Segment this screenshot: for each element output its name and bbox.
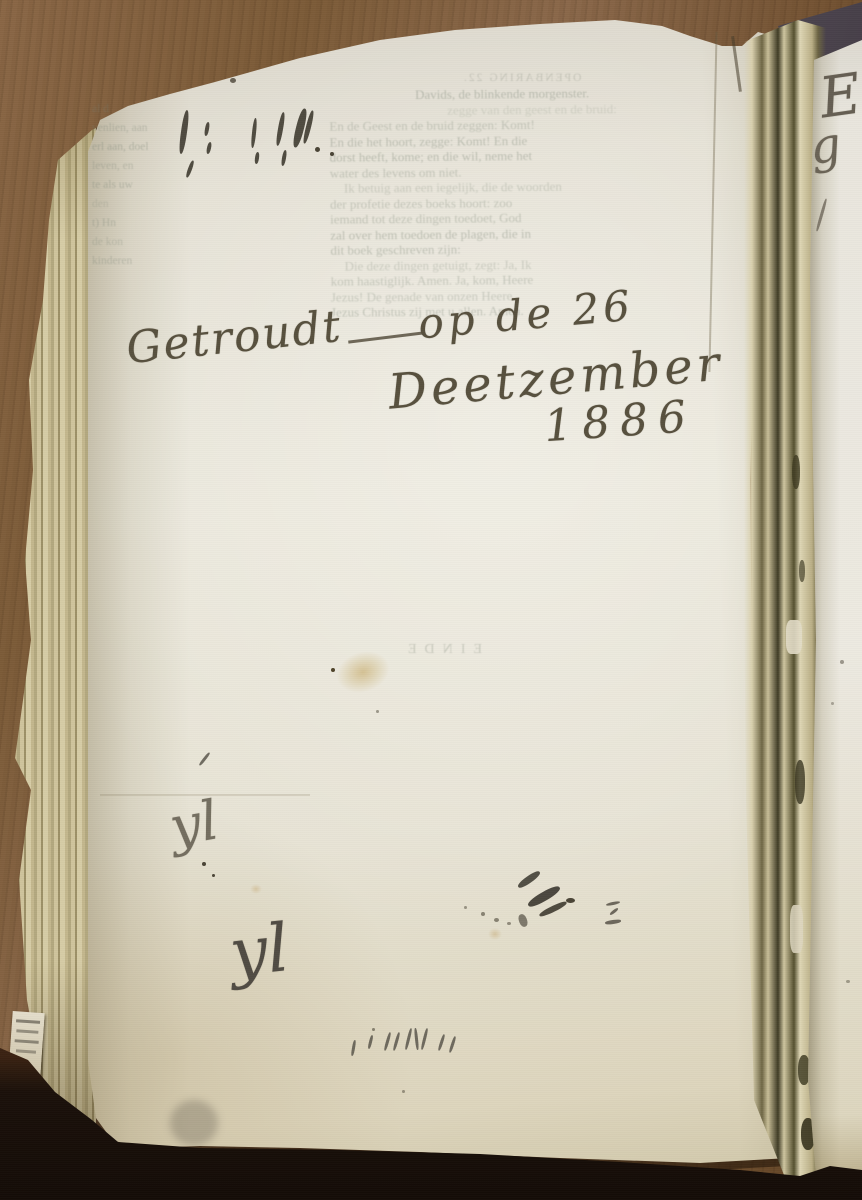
- show-through-line: erl aan, doel: [92, 138, 180, 157]
- speck: [331, 668, 335, 672]
- show-through-main-column: Davids, de blinkende morgenster. zegge v…: [329, 84, 731, 320]
- stain: [250, 884, 262, 894]
- show-through-line: den: [92, 195, 180, 214]
- show-through-einde: EINDE: [400, 642, 482, 658]
- page-fold-line: [100, 794, 310, 796]
- facing-speck: [840, 660, 844, 664]
- stain: [488, 928, 502, 940]
- facing-speck: [846, 980, 850, 983]
- show-through-line: al d: [92, 100, 180, 119]
- speck: [376, 710, 379, 713]
- facing-speck: [831, 702, 834, 705]
- show-through-left-column: al d venlien, aan erl aan, doel leven, e…: [92, 100, 180, 271]
- show-through-line: kinderen: [92, 252, 180, 271]
- show-through-line: venlien, aan: [92, 119, 180, 138]
- speck: [212, 874, 215, 877]
- photo-of-open-book: al d venlien, aan erl aan, doel leven, e…: [0, 0, 862, 1200]
- show-through-line: te als uw: [92, 176, 180, 195]
- speck: [202, 862, 206, 866]
- initials-upper: yl: [165, 788, 223, 858]
- show-through-line: de kon: [92, 233, 180, 252]
- show-through-header: OPENBARING 22.: [462, 72, 581, 84]
- show-through-line: t) Hn: [92, 214, 180, 233]
- show-through-line: leven, en: [92, 157, 180, 176]
- initials-lower: yl: [226, 909, 292, 992]
- inscription-year: 1886: [542, 391, 697, 452]
- smudge: [170, 1100, 218, 1146]
